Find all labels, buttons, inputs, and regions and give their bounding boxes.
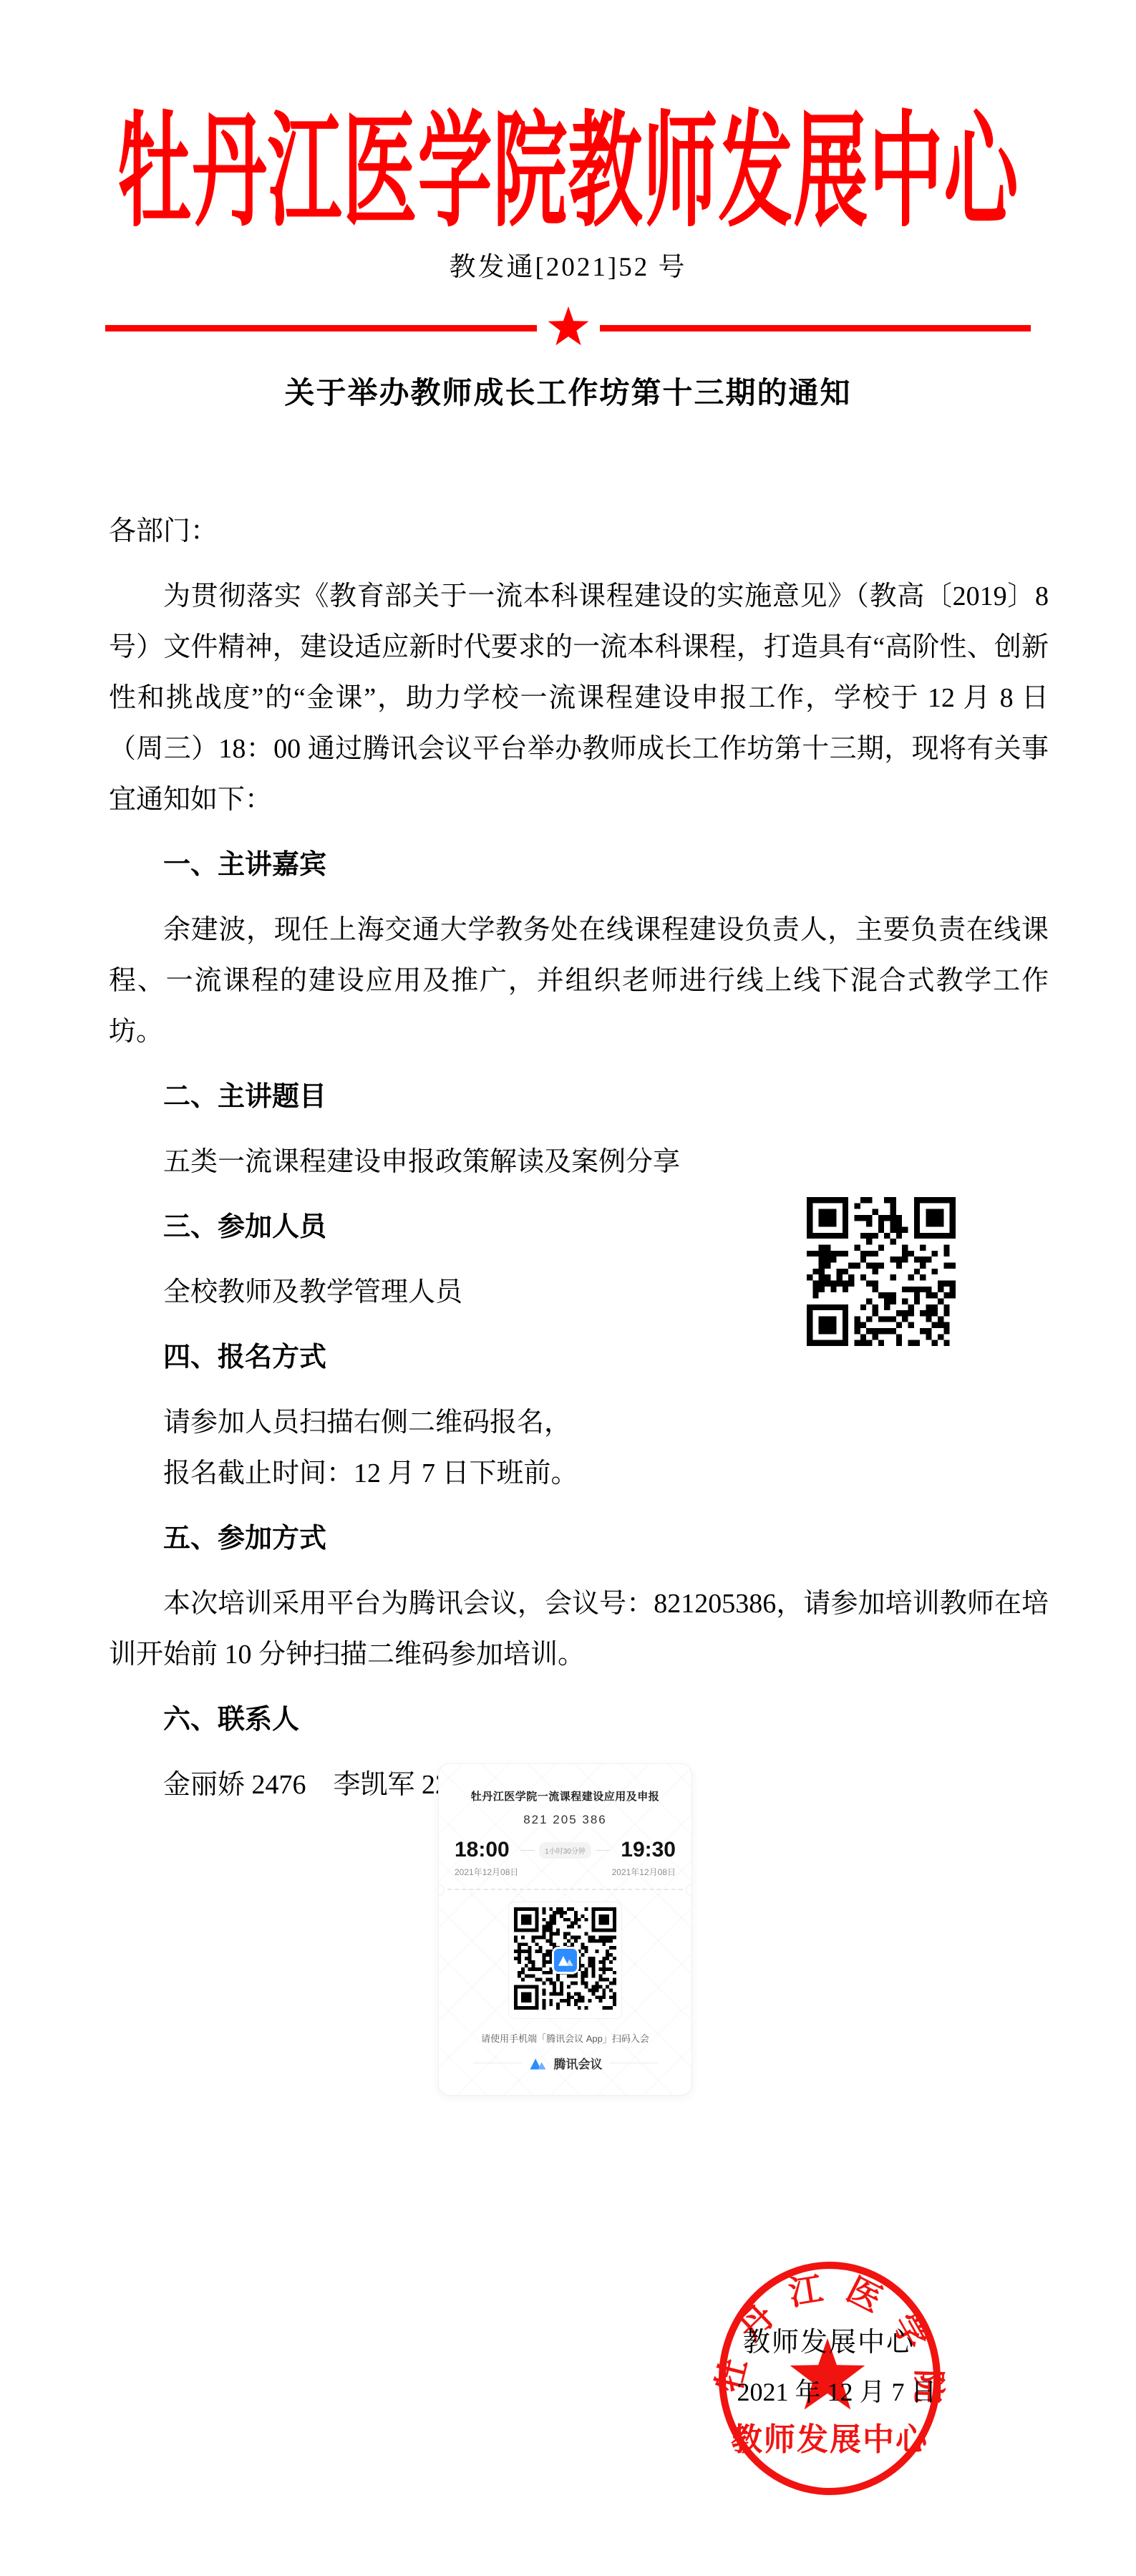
document-number: 教发通[2021]52 号: [0, 245, 1136, 284]
letterhead-title: 牡丹江医学院教师发展中心: [0, 70, 1136, 251]
tencent-meeting-logo-chip: [552, 1947, 579, 1974]
notice-title: 关于举办教师成长工作坊第十三期的通知: [0, 369, 1136, 412]
duration-line-left: [520, 1850, 535, 1851]
salutation: 各部门：: [109, 506, 1049, 557]
footer-line-left: [473, 2063, 522, 2063]
ticket-divider: [440, 1889, 690, 1890]
section-heading-1: 一、主讲嘉宾: [109, 840, 1049, 891]
footer-line-right: [609, 2063, 658, 2063]
registration-qr-code: [807, 1197, 956, 1346]
red-star-icon: [547, 306, 590, 349]
meeting-title: 牡丹江医学院一流课程建设应用及申报: [439, 1788, 691, 1803]
body-paragraph: 为贯彻落实《教育部关于一流本科课程建设的实施意见》（教高〔2019〕8 号）文件…: [109, 571, 1049, 825]
red-rule-left: [105, 325, 537, 331]
card-footer: 腾讯会议: [439, 2054, 691, 2072]
scan-instruction: 请使用手机端「腾讯会议 App」扫码入会: [439, 2031, 691, 2045]
body-paragraph: 五类一流课程建设申报政策解读及案例分享: [109, 1137, 1049, 1188]
section-heading-5: 五、参加方式: [109, 1514, 1049, 1564]
body-paragraph: 本次培训采用平台为腾讯会议，会议号：821205386，请参加培训教师在培训开始…: [109, 1579, 1049, 1680]
notice-body: 各部门： 为贯彻落实《教育部关于一流本科课程建设的实施意见》（教高〔2019〕8…: [109, 506, 1049, 1825]
stamp-bottom-text: 教师发展中心: [731, 2422, 928, 2457]
duration-wrap: 1小时30分钟: [520, 1842, 610, 1859]
meeting-time-row: 18:00 1小时30分钟 19:30: [439, 1838, 691, 1862]
duration-badge: 1小时30分钟: [539, 1842, 591, 1859]
section-heading-6: 六、联系人: [109, 1695, 1049, 1745]
tencent-meeting-logo-icon: [556, 1953, 575, 1967]
tencent-meeting-card: 牡丹江医学院一流课程建设应用及申报 821 205 386 18:00 1小时3…: [438, 1763, 692, 2096]
signature-date: 2021 年 12 月 7 日: [658, 2372, 1016, 2408]
brand-name: 腾讯会议: [554, 2054, 603, 2072]
red-divider-rule: [105, 306, 1031, 349]
end-date: 2021年12月08日: [612, 1866, 676, 1878]
start-date: 2021年12月08日: [455, 1866, 518, 1878]
red-rule-right: [600, 325, 1031, 331]
signature-org: 教师发展中心: [650, 2320, 1008, 2359]
section-heading-2: 二、主讲题目: [109, 1072, 1049, 1123]
tencent-meeting-brand-icon: [528, 2056, 548, 2071]
meeting-id: 821 205 386: [439, 1813, 691, 1827]
end-time: 19:30: [621, 1838, 676, 1862]
duration-line-right: [596, 1850, 610, 1851]
start-time: 18:00: [455, 1838, 510, 1862]
body-paragraph: 余建波，现任上海交通大学教务处在线课程建设负责人，主要负责在线课程、一流课程的建…: [109, 905, 1049, 1057]
body-paragraph: 报名截止时间：12 月 7 日下班前。: [109, 1448, 1049, 1499]
meeting-qr-box: [509, 1902, 621, 2018]
meeting-date-row: 2021年12月08日 2021年12月08日: [439, 1866, 691, 1878]
body-paragraph: 请参加人员扫描右侧二维码报名，: [109, 1398, 1049, 1448]
